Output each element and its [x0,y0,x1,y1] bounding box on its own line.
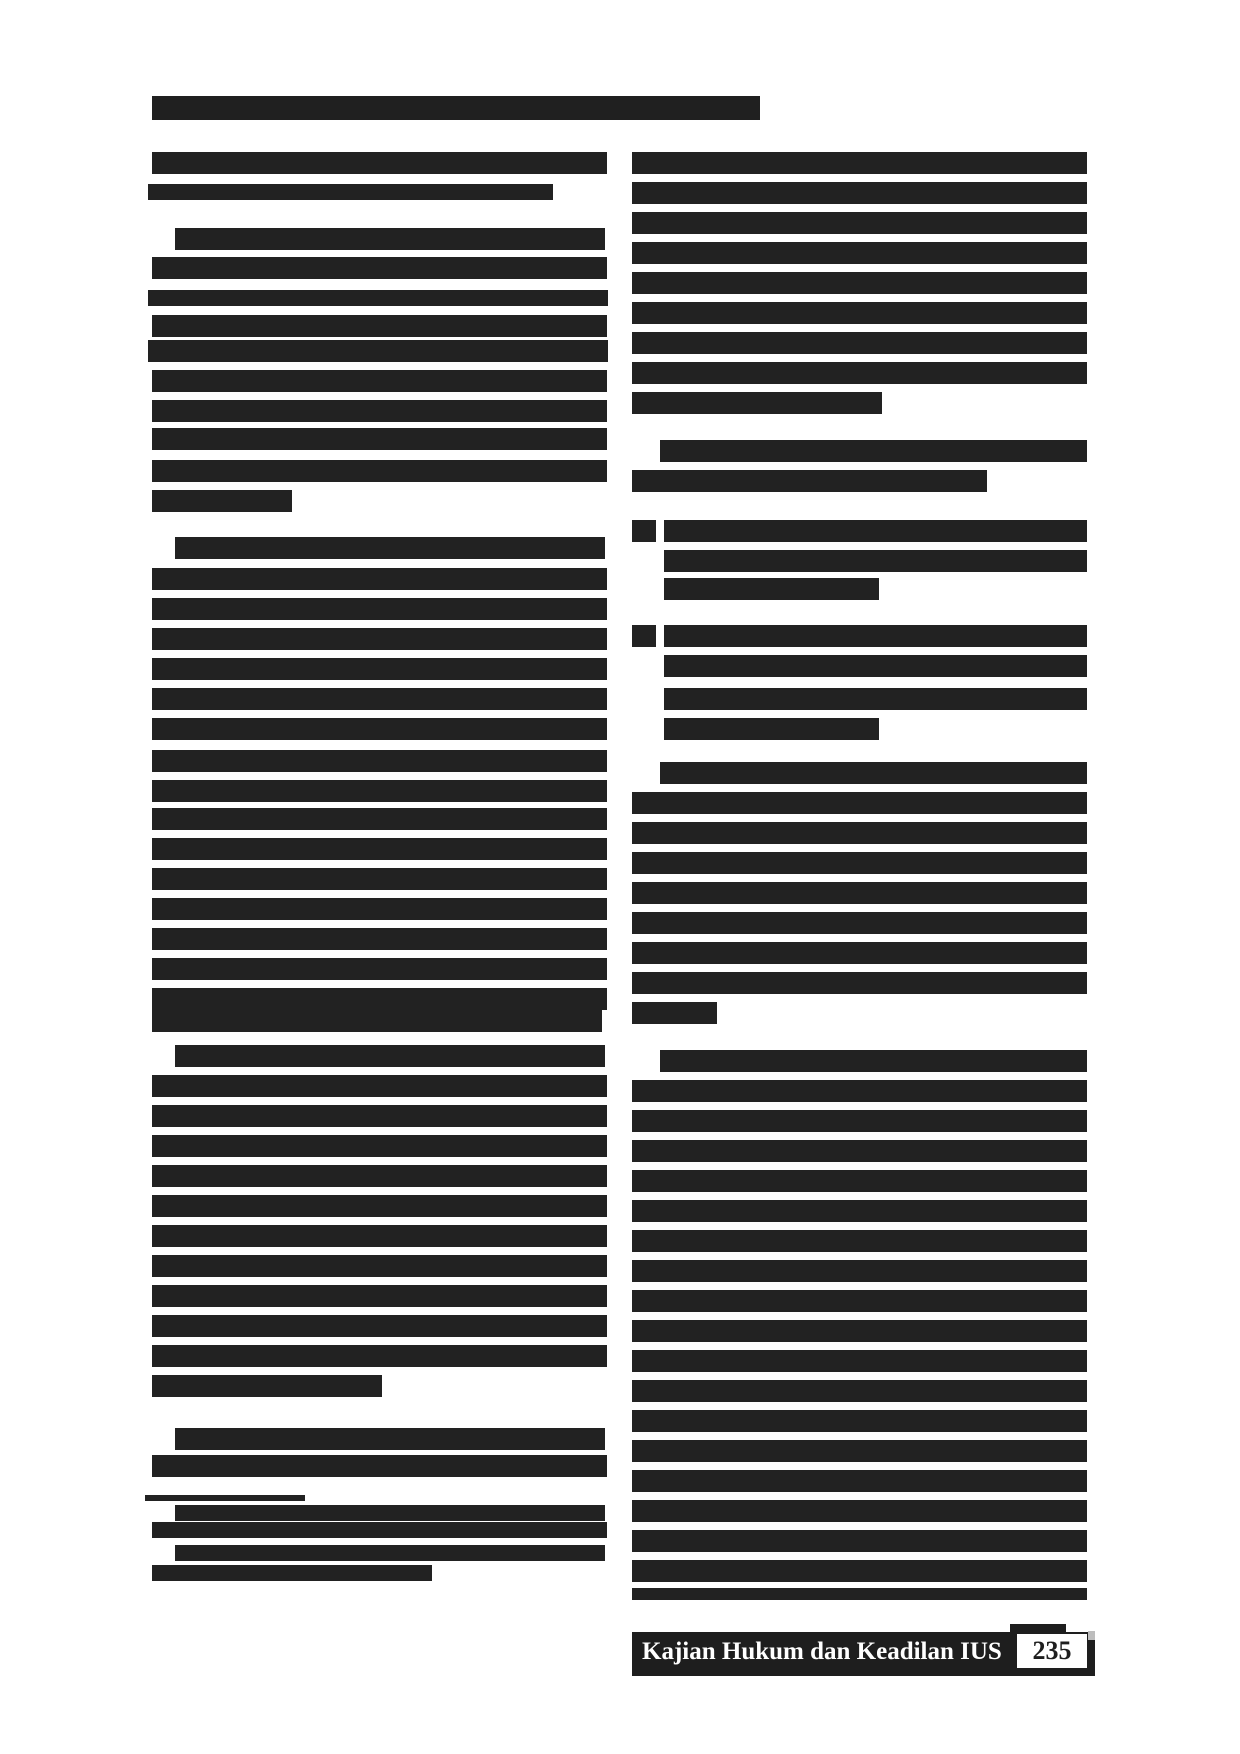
redacted-text-line [632,942,1087,964]
redacted-text-line [152,808,607,830]
redacted-text-line [632,332,1087,354]
redacted-text-line [632,182,1087,204]
redacted-list-item-line [664,550,1087,572]
redacted-text-line [152,257,607,279]
redacted-text-line [632,882,1087,904]
redacted-text-line [632,152,1087,174]
redacted-text-line [152,1075,607,1097]
redacted-text-line [152,1345,607,1367]
redacted-text-line [632,1170,1087,1192]
redacted-text-line [152,370,607,392]
list-item-number-marker [632,625,656,647]
redacted-text-line [152,1010,602,1032]
redacted-text-line [152,598,607,620]
redacted-text-line [632,1380,1087,1402]
redacted-text-line [152,1315,607,1337]
redacted-text-line [632,792,1087,814]
redacted-list-item-line [664,655,1087,677]
redacted-text-line [152,400,607,422]
redacted-header-line [152,96,760,120]
redacted-text-line [632,242,1087,264]
redacted-text-line [660,762,1087,784]
redacted-text-line [632,1410,1087,1432]
redacted-text-line [152,315,607,337]
redacted-text-line [632,212,1087,234]
redacted-text-line [632,852,1087,874]
page-number-box: 235 [1017,1634,1087,1668]
redacted-text-line [152,568,607,590]
corner-mark [1088,1631,1095,1640]
redacted-text-line [632,1230,1087,1252]
redacted-text-line [175,228,605,250]
redacted-text-line [632,392,882,414]
redacted-text-line [632,1290,1087,1312]
redacted-text-line [632,972,1087,994]
redacted-text-line [152,958,607,980]
redacted-text-line [152,1135,607,1157]
redacted-text-line [632,1260,1087,1282]
redacted-text-line [632,302,1087,324]
redacted-text-line [152,1165,607,1187]
redacted-text-line [148,340,608,362]
redacted-text-line [152,928,607,950]
redacted-text-line [152,490,292,512]
redacted-text-line [152,628,607,650]
redacted-text-line [632,1560,1087,1582]
redacted-text-line [152,1522,607,1538]
redacted-text-line [145,1495,305,1501]
journal-title: Kajian Hukum dan Keadilan IUS [642,1638,1002,1666]
redacted-text-line [152,1105,607,1127]
redacted-text-line [152,868,607,890]
redacted-text-line [632,1320,1087,1342]
redacted-text-line [152,1375,382,1397]
redacted-text-line [152,1565,432,1581]
redacted-text-line [148,290,608,306]
redacted-text-line [152,688,607,710]
redacted-text-line [175,537,605,559]
redacted-text-line [632,1140,1087,1162]
redacted-text-line [632,1200,1087,1222]
redacted-text-line [152,718,607,740]
redacted-text-line [175,1428,605,1450]
redacted-text-line [632,912,1087,934]
redacted-text-line [632,1110,1087,1132]
redacted-text-line [175,1045,605,1067]
list-item-number-marker [632,520,656,542]
redacted-text-line [152,1455,607,1477]
redacted-list-item-line [664,520,1087,542]
redacted-text-line [152,750,607,772]
redacted-text-line [175,1505,605,1521]
redacted-text-line [175,1545,605,1561]
redacted-text-line [632,1002,717,1024]
redacted-text-line [148,184,553,200]
redacted-text-line [660,440,1087,462]
redacted-text-line [632,272,1087,294]
redacted-text-line [152,1195,607,1217]
redacted-list-item-line [664,625,1087,647]
redacted-text-line [152,152,607,174]
redacted-text-line [632,1500,1087,1522]
redacted-text-line [152,898,607,920]
redacted-text-line [632,1080,1087,1102]
redacted-text-line [152,658,607,680]
redacted-text-line [152,1285,607,1307]
redacted-text-line [660,1050,1087,1072]
redacted-text-line [152,988,607,1010]
redacted-text-line [152,780,607,802]
redacted-text-line [632,1470,1087,1492]
redacted-list-item-line [664,578,879,600]
redacted-text-line [632,470,987,492]
redacted-list-item-line [664,718,879,740]
redacted-text-line [632,1350,1087,1372]
redacted-text-line [632,822,1087,844]
redacted-text-line [632,1440,1087,1462]
document-page: Kajian Hukum dan Keadilan IUS 235 [0,0,1240,1754]
redacted-text-line [152,428,607,450]
redacted-text-line [632,1530,1087,1552]
page-number: 235 [1033,1636,1072,1666]
redacted-text-line [632,362,1087,384]
redacted-text-line [152,838,607,860]
redacted-text-line [152,1255,607,1277]
redacted-text-line [632,1588,1087,1600]
redacted-list-item-line [664,688,1087,710]
redacted-text-line [152,460,607,482]
redacted-text-line [152,1225,607,1247]
